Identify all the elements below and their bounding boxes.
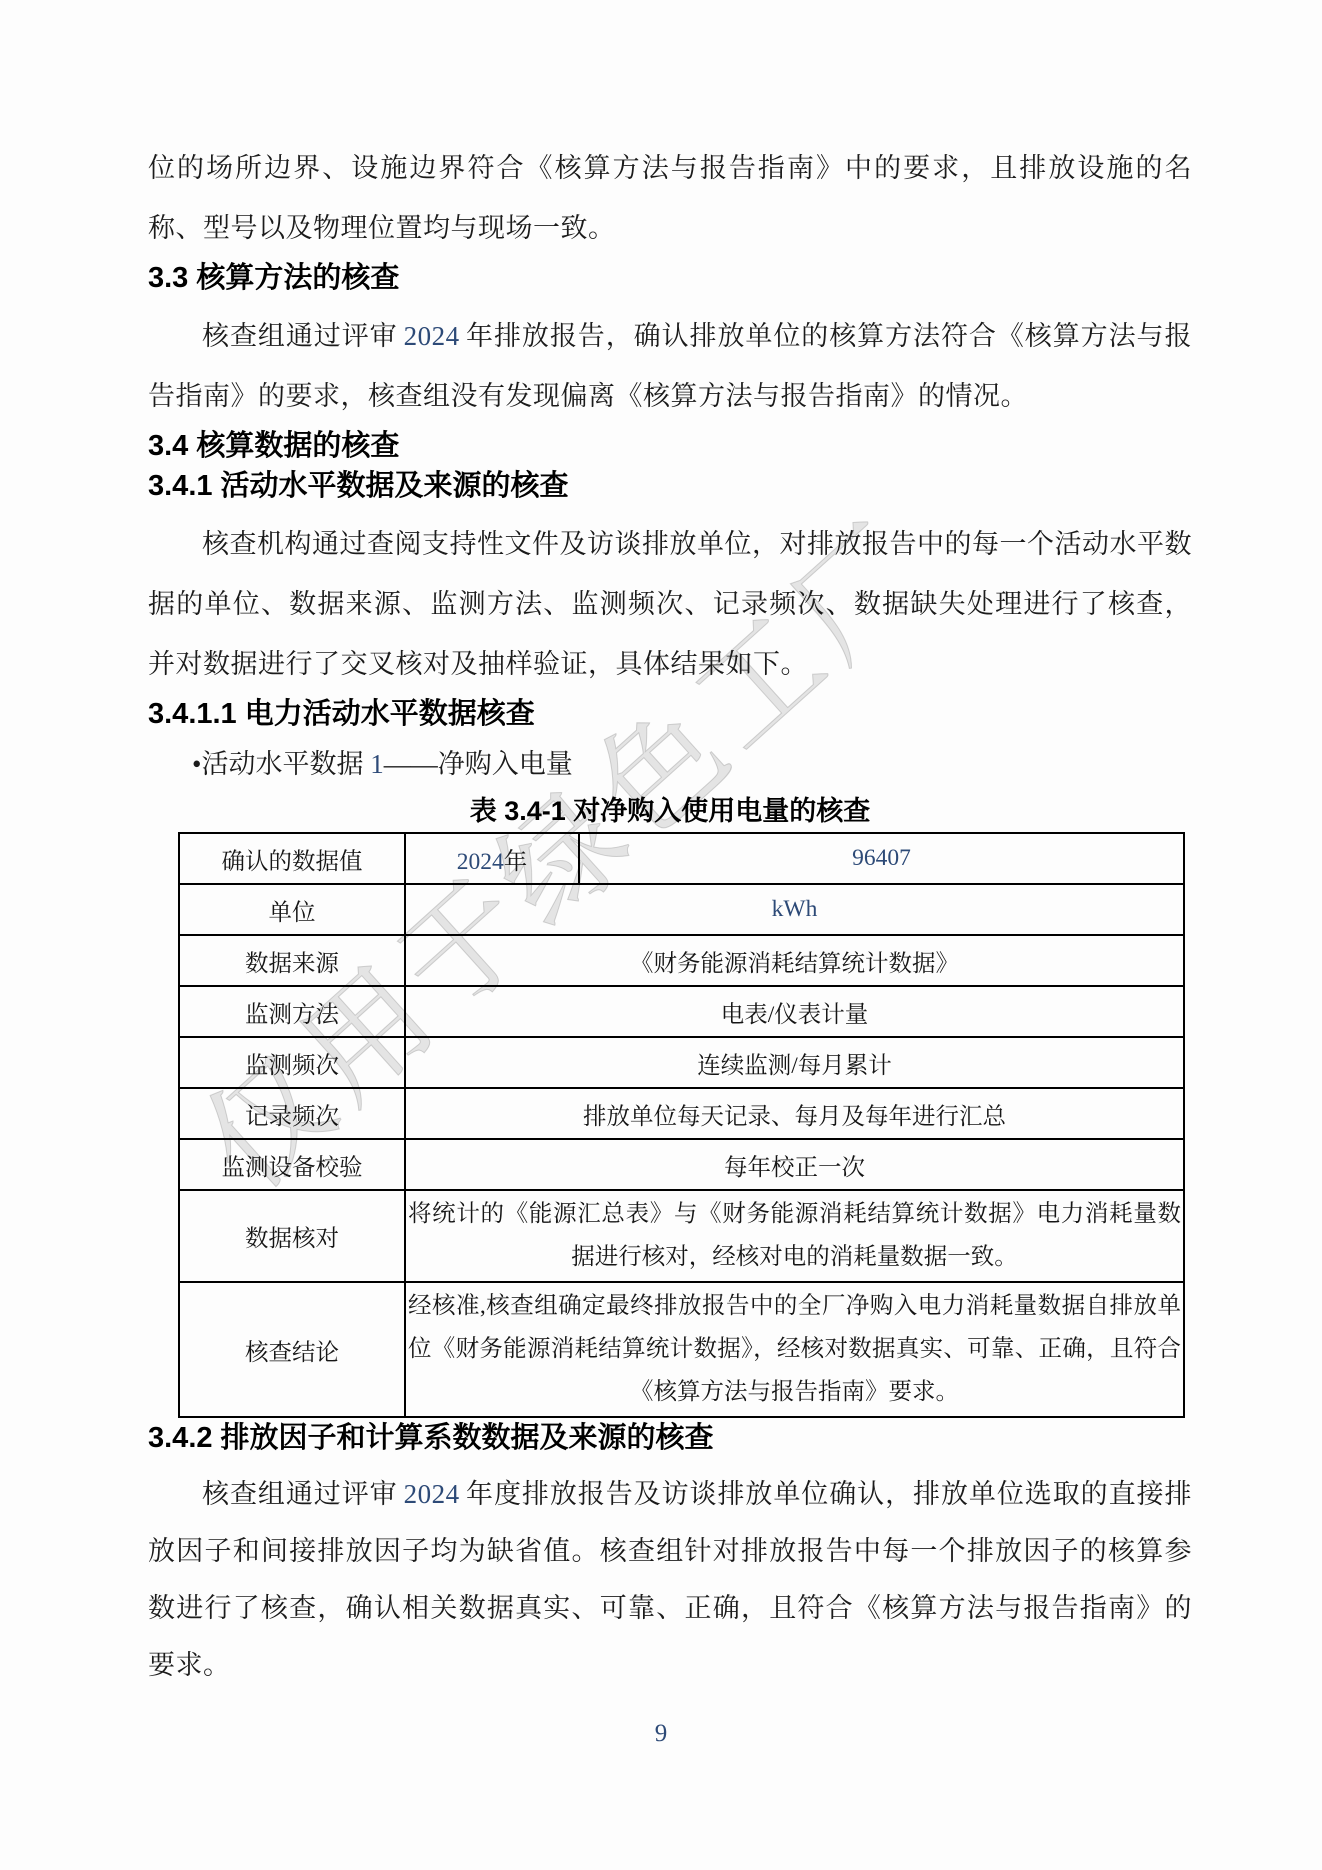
heading-3-4: 3.4 核算数据的核查 [148, 426, 1192, 466]
table-row: 监测频次 连续监测/每月累计 [179, 1037, 1184, 1088]
table-row-label: 核查结论 [179, 1282, 405, 1417]
paragraph-3-4-1: 核查机构通过查阅支持性文件及访谈排放单位，对排放报告中的每一个活动水平数据的单位… [148, 514, 1192, 694]
table-row-value: kWh [405, 884, 1184, 935]
unit-value: kWh [772, 896, 818, 922]
table-row: 数据来源 《财务能源消耗结算统计数据》 [179, 935, 1184, 986]
table-row-label: 确认的数据值 [179, 833, 405, 884]
year-suffix: 年 [504, 849, 528, 875]
paragraph-3-4-2-pre: 核查组通过评审 [202, 1479, 398, 1509]
table-row-value: 经核准,核查组确定最终排放报告中的全厂净购入电力消耗量数据自排放单位《财务能源消… [405, 1282, 1184, 1417]
table-row: 单位 kWh [179, 884, 1184, 935]
table-row-label: 监测频次 [179, 1037, 405, 1088]
year-value: 2024 [404, 321, 460, 351]
paragraph-3-3-pre: 核查组通过评审 [202, 321, 398, 351]
page-number: 9 [0, 1720, 1322, 1748]
table-row-label: 单位 [179, 884, 405, 935]
table-row-label: 数据核对 [179, 1190, 405, 1282]
table-row-value: 电表/仪表计量 [405, 986, 1184, 1037]
document-page: 仅用于绿色工厂 位的场所边界、设施边界符合《核算方法与报告指南》中的要求，且排放… [0, 0, 1322, 1870]
electricity-verification-table: 确认的数据值 2024年 96407 单位 kWh 数据来源 《财务能源消耗结算… [178, 832, 1185, 1418]
table-row: 监测方法 电表/仪表计量 [179, 986, 1184, 1037]
page-content: 位的场所边界、设施边界符合《核算方法与报告指南》中的要求，且排放设施的名称、型号… [148, 138, 1192, 1694]
table-row-value: 连续监测/每月累计 [405, 1037, 1184, 1088]
year-value: 2024 [404, 1479, 460, 1509]
paragraph-3-4-2: 核查组通过评审2024年度排放报告及访谈排放单位确认，排放单位选取的直接排放因子… [148, 1466, 1192, 1694]
table-row-value: 排放单位每天记录、每月及每年进行汇总 [405, 1088, 1184, 1139]
table-row-label: 记录频次 [179, 1088, 405, 1139]
table-row-year: 2024年 [405, 833, 579, 884]
table-row-value: 96407 [579, 833, 1184, 884]
table-row: 数据核对 将统计的《能源汇总表》与《财务能源消耗结算统计数据》电力消耗量数据进行… [179, 1190, 1184, 1282]
activity-data-bullet: •活动水平数据 1——净购入电量 [192, 740, 1192, 788]
paragraph-boundary-continuation: 位的场所边界、设施边界符合《核算方法与报告指南》中的要求，且排放设施的名称、型号… [148, 138, 1192, 258]
table-row-label: 监测设备校验 [179, 1139, 405, 1190]
heading-3-4-1: 3.4.1 活动水平数据及来源的核查 [148, 466, 1192, 506]
paragraph-3-3: 核查组通过评审2024年排放报告，确认排放单位的核算方法符合《核算方法与报告指南… [148, 306, 1192, 426]
heading-3-4-1-1: 3.4.1.1 电力活动水平数据核查 [148, 694, 1192, 734]
table-row-value: 《财务能源消耗结算统计数据》 [405, 935, 1184, 986]
heading-3-3: 3.3 核算方法的核查 [148, 258, 1192, 298]
year-number: 2024 [457, 849, 504, 875]
table-row-value: 每年校正一次 [405, 1139, 1184, 1190]
table-row: 核查结论 经核准,核查组确定最终排放报告中的全厂净购入电力消耗量数据自排放单位《… [179, 1282, 1184, 1417]
table-row-label: 监测方法 [179, 986, 405, 1037]
table-row: 确认的数据值 2024年 96407 [179, 833, 1184, 884]
bullet-post: ——净购入电量 [384, 749, 573, 779]
bullet-pre: •活动水平数据 [192, 749, 370, 779]
table-row: 记录频次 排放单位每天记录、每月及每年进行汇总 [179, 1088, 1184, 1139]
bullet-number: 1 [370, 749, 384, 779]
heading-3-4-2: 3.4.2 排放因子和计算系数数据及来源的核查 [148, 1418, 1192, 1458]
table-row-value: 将统计的《能源汇总表》与《财务能源消耗结算统计数据》电力消耗量数据进行核对，经核… [405, 1190, 1184, 1282]
table-caption: 表 3.4-1 对净购入使用电量的核查 [148, 790, 1192, 832]
table-row-label: 数据来源 [179, 935, 405, 986]
table-row: 监测设备校验 每年校正一次 [179, 1139, 1184, 1190]
paragraph-3-4-2-post: 年度排放报告及访谈排放单位确认，排放单位选取的直接排放因子和间接排放因子均为缺省… [148, 1479, 1192, 1680]
confirmed-value: 96407 [852, 845, 911, 871]
